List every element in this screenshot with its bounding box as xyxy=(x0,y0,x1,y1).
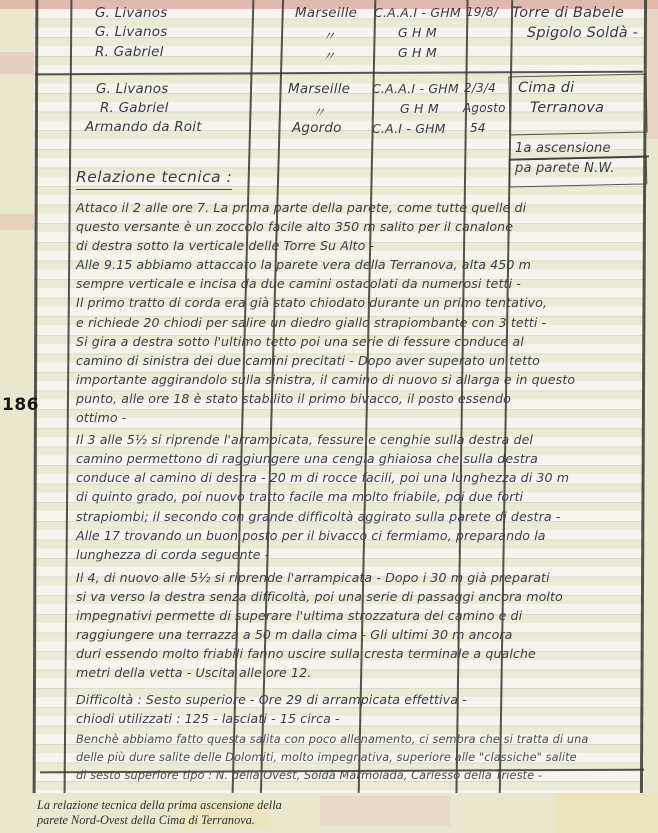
handwriting-line: di destra sotto la verticale delle Torre… xyxy=(76,236,644,255)
club-cell: C.A.A.I - GHM xyxy=(372,81,459,96)
photo-caption: La relazione tecnica della prima ascensi… xyxy=(37,798,282,827)
report-paragraph: Attaco il 2 alle ore 7. La prima parte d… xyxy=(76,198,644,255)
page-number: 186 xyxy=(2,395,39,415)
report-paragraph: Si gira a destra sotto l'ultimo tetto po… xyxy=(76,332,644,427)
date-cell: 54 xyxy=(470,121,486,135)
report-heading: Relazione tecnica : xyxy=(76,168,232,190)
climber-name: G. Livanos xyxy=(95,5,167,21)
route-cell: Torre di Babele xyxy=(512,5,624,21)
route-cell: Terranova xyxy=(530,100,604,116)
scanned-register-page: 186 G. Livanos G. Livanos R. Gabriel Mar… xyxy=(0,0,658,833)
scan-artifact xyxy=(646,9,658,139)
ascent-note: 1a ascensione xyxy=(515,141,611,156)
scan-artifact xyxy=(0,52,34,74)
date-cell: Agosto xyxy=(463,101,506,115)
handwriting-line: chiodi utilizzati : 125 - lasciati - 15 … xyxy=(76,709,644,728)
handwriting-line: metri della vetta - Uscita alle ore 12. xyxy=(76,663,644,682)
scan-artifact xyxy=(555,793,658,833)
handwriting-line: Alle 9.15 abbiamo attaccato la parete ve… xyxy=(76,255,644,274)
handwriting-line: camino di sinistra dei due camini precit… xyxy=(76,351,644,370)
handwriting-line: di quinto grado, poi nuovo tratto facile… xyxy=(76,487,644,506)
ditto-mark: 〃 xyxy=(322,25,336,45)
report-paragraph: Difficoltà : Sesto superiore - Ore 29 di… xyxy=(76,690,644,728)
climber-name: Armando da Roit xyxy=(85,119,202,135)
scan-artifact xyxy=(0,214,34,230)
handwriting-line: Il 4, di nuovo alle 5½ si riprende l'arr… xyxy=(76,568,644,587)
club-cell: C.A.I - GHM xyxy=(372,121,446,136)
handwriting-line: Alle 17 trovando un buon posto per il bi… xyxy=(76,526,644,545)
report-paragraph: Benchè abbiamo fatto questa salita con p… xyxy=(76,731,644,785)
handwriting-line: sempre verticale e incisa da due camini … xyxy=(76,274,644,293)
handwriting-line: questo versante è un zoccolo facile alto… xyxy=(76,217,644,236)
climber-name: R. Gabriel xyxy=(100,100,169,116)
handwriting-line: Il 3 alle 5½ si riprende l'arrampicata, … xyxy=(76,430,644,449)
climber-name: G. Livanos xyxy=(95,24,167,40)
ditto-mark: 〃 xyxy=(322,45,336,65)
handwriting-line: di sesto superiore tipo : N. della Ovest… xyxy=(76,767,644,785)
handwriting-line: e richiede 20 chiodi per salire un diedr… xyxy=(76,313,644,332)
handwriting-line: Difficoltà : Sesto superiore - Ore 29 di… xyxy=(76,690,644,709)
handwriting-line: conduce al camino di destra - 20 m di ro… xyxy=(76,468,644,487)
handwriting-line: strapiombi; il secondo con grande diffic… xyxy=(76,507,644,526)
handwriting-line: Attaco il 2 alle ore 7. La prima parte d… xyxy=(76,198,644,217)
report-paragraph: Alle 9.15 abbiamo attaccato la parete ve… xyxy=(76,255,644,331)
ditto-mark: 〃 xyxy=(312,101,326,121)
club-cell: G H M xyxy=(398,25,437,40)
club-cell: G H M xyxy=(400,101,439,116)
residence-cell: Marseille xyxy=(288,81,350,97)
caption-line: parete Nord-Ovest della Cima di Terranov… xyxy=(37,813,282,828)
date-cell: 19/8/ xyxy=(466,5,498,19)
report-body: Attaco il 2 alle ore 7. La prima parte d… xyxy=(76,198,644,785)
club-cell: C.A.A.I - GHM xyxy=(374,5,461,20)
handwriting-line: camino permettono di raggiungere una cen… xyxy=(76,449,644,468)
route-cell: Spigolo Soldà - xyxy=(527,25,638,41)
caption-line: La relazione tecnica della prima ascensi… xyxy=(37,798,282,813)
handwriting-line: si va verso la destra senza difficoltà, … xyxy=(76,587,644,606)
handwriting-line: duri essendo molto friabili fanno uscire… xyxy=(76,644,644,663)
handwriting-line: Benchè abbiamo fatto questa salita con p… xyxy=(76,731,644,749)
report-paragraph: Il 3 alle 5½ si riprende l'arrampicata, … xyxy=(76,430,644,564)
club-cell: G H M xyxy=(398,45,437,60)
route-cell: Cima di xyxy=(518,80,574,96)
handwriting-line: punto, alle ore 18 è stato stabilito il … xyxy=(76,389,644,408)
handwriting-line: Si gira a destra sotto l'ultimo tetto po… xyxy=(76,332,644,351)
handwriting-line: lunghezza di corda seguente - xyxy=(76,545,644,564)
climber-name: G. Livanos xyxy=(96,81,168,97)
handwriting-line: impegnativi permette di superare l'ultim… xyxy=(76,606,644,625)
handwriting-line: Il primo tratto di corda era già stato c… xyxy=(76,293,644,312)
handwriting-line: raggiungere una terrazza a 50 m dalla ci… xyxy=(76,625,644,644)
handwriting-line: importante aggirandolo sulla sinistra, i… xyxy=(76,370,644,389)
handwriting-line: ottimo - xyxy=(76,408,644,427)
handwriting-line: delle più dure salite delle Dolomiti, mo… xyxy=(76,749,644,767)
climber-name: R. Gabriel xyxy=(95,44,164,60)
residence-cell: Agordo xyxy=(292,120,342,136)
residence-cell: Marseille xyxy=(295,5,357,21)
date-cell: 2/3/4 xyxy=(464,81,496,95)
scan-artifact xyxy=(320,796,450,826)
report-paragraph: Il 4, di nuovo alle 5½ si riprende l'arr… xyxy=(76,568,644,683)
ascent-note: pa parete N.W. xyxy=(515,161,615,176)
